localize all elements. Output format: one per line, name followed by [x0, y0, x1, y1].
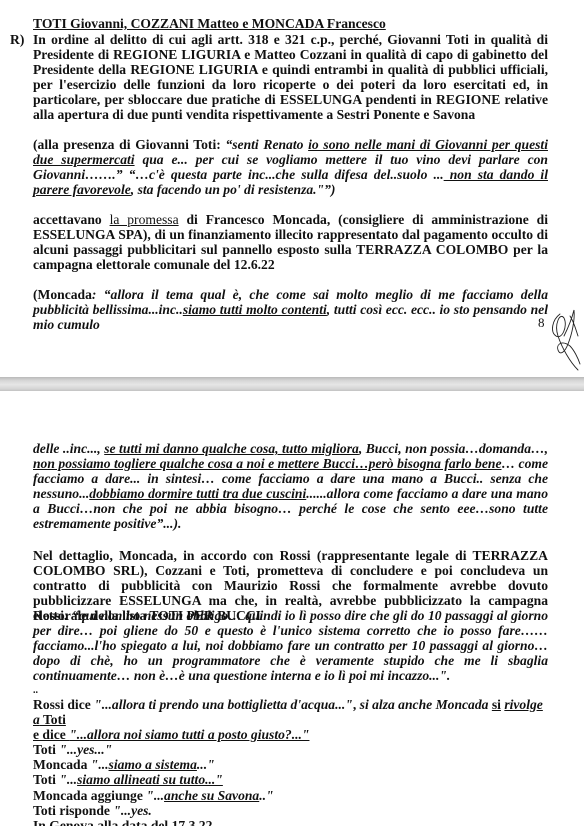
charge-item-marker: R)	[10, 32, 24, 47]
text-segment: Toti risponde	[33, 803, 113, 818]
document-page-8: TOTI Giovanni, COZZANI Matteo e MONCADA …	[0, 0, 584, 377]
rossi-quote-paragraph: Rossi: “qui non ho nessun obbligo… quind…	[33, 608, 548, 683]
moncada-quote-paragraph-end: delle ..inc..., se tutti mi danno qualch…	[33, 441, 548, 532]
separator-mark: ..	[33, 686, 38, 696]
text-segment: non possiamo togliere qualche cosa a noi…	[33, 456, 501, 471]
text-segment: , sta facendo un po' di resistenza."”)	[131, 182, 336, 197]
defendants-heading: TOTI Giovanni, COZZANI Matteo e MONCADA …	[33, 16, 386, 31]
text-segment: , Bucci, non possia…domanda…,	[359, 441, 548, 456]
text-segment: la promessa	[110, 212, 179, 227]
text-segment: Rossi	[33, 608, 64, 623]
text-segment: Moncada	[33, 757, 91, 772]
text-segment: siamo a sistema	[109, 757, 197, 772]
handwritten-signature-icon	[548, 306, 582, 374]
text-segment: e dice	[33, 727, 69, 742]
text-segment: Toti	[33, 742, 59, 757]
text-segment: dobbiamo dormire tutti tra due cuscini	[89, 486, 306, 501]
dialogue-line-rossi-dice: Rossi dice "...allora ti prendo una bott…	[33, 697, 548, 742]
text-segment: (alla presenza di Giovanni Toti:	[33, 137, 225, 152]
dialogue-line-toti-yes: Toti "...yes..."	[33, 742, 548, 757]
text-segment: si alza anche Moncada	[360, 697, 492, 712]
dialogue-block: Rossi dice "...allora ti prendo una bott…	[33, 697, 548, 826]
text-segment: ,	[353, 697, 360, 712]
text-segment: delle ..inc...,	[33, 441, 104, 456]
dialogue-line-toti-allineati: Toti "...siamo allineati su tutto..."	[33, 772, 548, 787]
page-break-separator	[0, 377, 584, 391]
text-segment: siamo tutti molto contenti	[183, 302, 327, 317]
text-segment: "...	[146, 788, 164, 803]
moncada-quote-paragraph-start: (Moncada: “allora il tema qual è, che co…	[33, 287, 548, 332]
text-segment: .."	[259, 788, 273, 803]
text-segment: si	[492, 697, 501, 712]
text-segment: "...allora ti prendo una bottiglietta d'…	[94, 697, 353, 712]
text-segment: se tutti mi danno qualche cosa, tutto mi…	[104, 441, 359, 456]
document-page-9: delle ..inc..., se tutti mi danno qualch…	[0, 391, 584, 826]
text-segment: "...yes..."	[59, 742, 112, 757]
text-segment: siamo allineati su tutto..."	[77, 772, 223, 787]
dialogue-line-toti-risponde: Toti risponde "...yes.	[33, 803, 548, 818]
text-segment: In ordine al delitto di cui agli artt. 3…	[33, 32, 548, 122]
place-and-date: In Genova alla data del 17.3.22	[33, 818, 548, 826]
text-segment: "...yes.	[113, 803, 152, 818]
text-segment: anche su Savona	[164, 788, 259, 803]
text-segment: : “qui non ho nessun obbligo… quindi io …	[33, 608, 548, 683]
text-segment: Moncada aggiunge	[33, 788, 146, 803]
text-segment: Rossi dice	[33, 697, 94, 712]
text-segment: "...allora noi siamo tutti a posto giust…	[69, 727, 309, 742]
toti-quote-paragraph: (alla presenza di Giovanni Toti: “senti …	[33, 137, 548, 197]
dialogue-line-moncada-savona: Moncada aggiunge "...anche su Savona.."	[33, 788, 548, 803]
text-segment: In Genova alla data del 17.3.22	[33, 818, 212, 826]
acceptance-paragraph: accettavano la promessa di Francesco Mon…	[33, 212, 548, 272]
text-segment: Toti	[40, 712, 66, 727]
text-segment: "...	[59, 772, 77, 787]
charge-paragraph: In ordine al delitto di cui agli artt. 3…	[33, 32, 548, 123]
text-segment: ..."	[197, 757, 215, 772]
page-number: 8	[538, 316, 545, 330]
text-segment: “senti Renato	[225, 137, 308, 152]
text-segment: Toti	[33, 772, 59, 787]
text-segment: accettavano	[33, 212, 110, 227]
text-segment: (Moncada	[33, 287, 92, 302]
text-segment: "...	[91, 757, 109, 772]
dialogue-line-moncada-sistema: Moncada "...siamo a sistema..."	[33, 757, 548, 772]
